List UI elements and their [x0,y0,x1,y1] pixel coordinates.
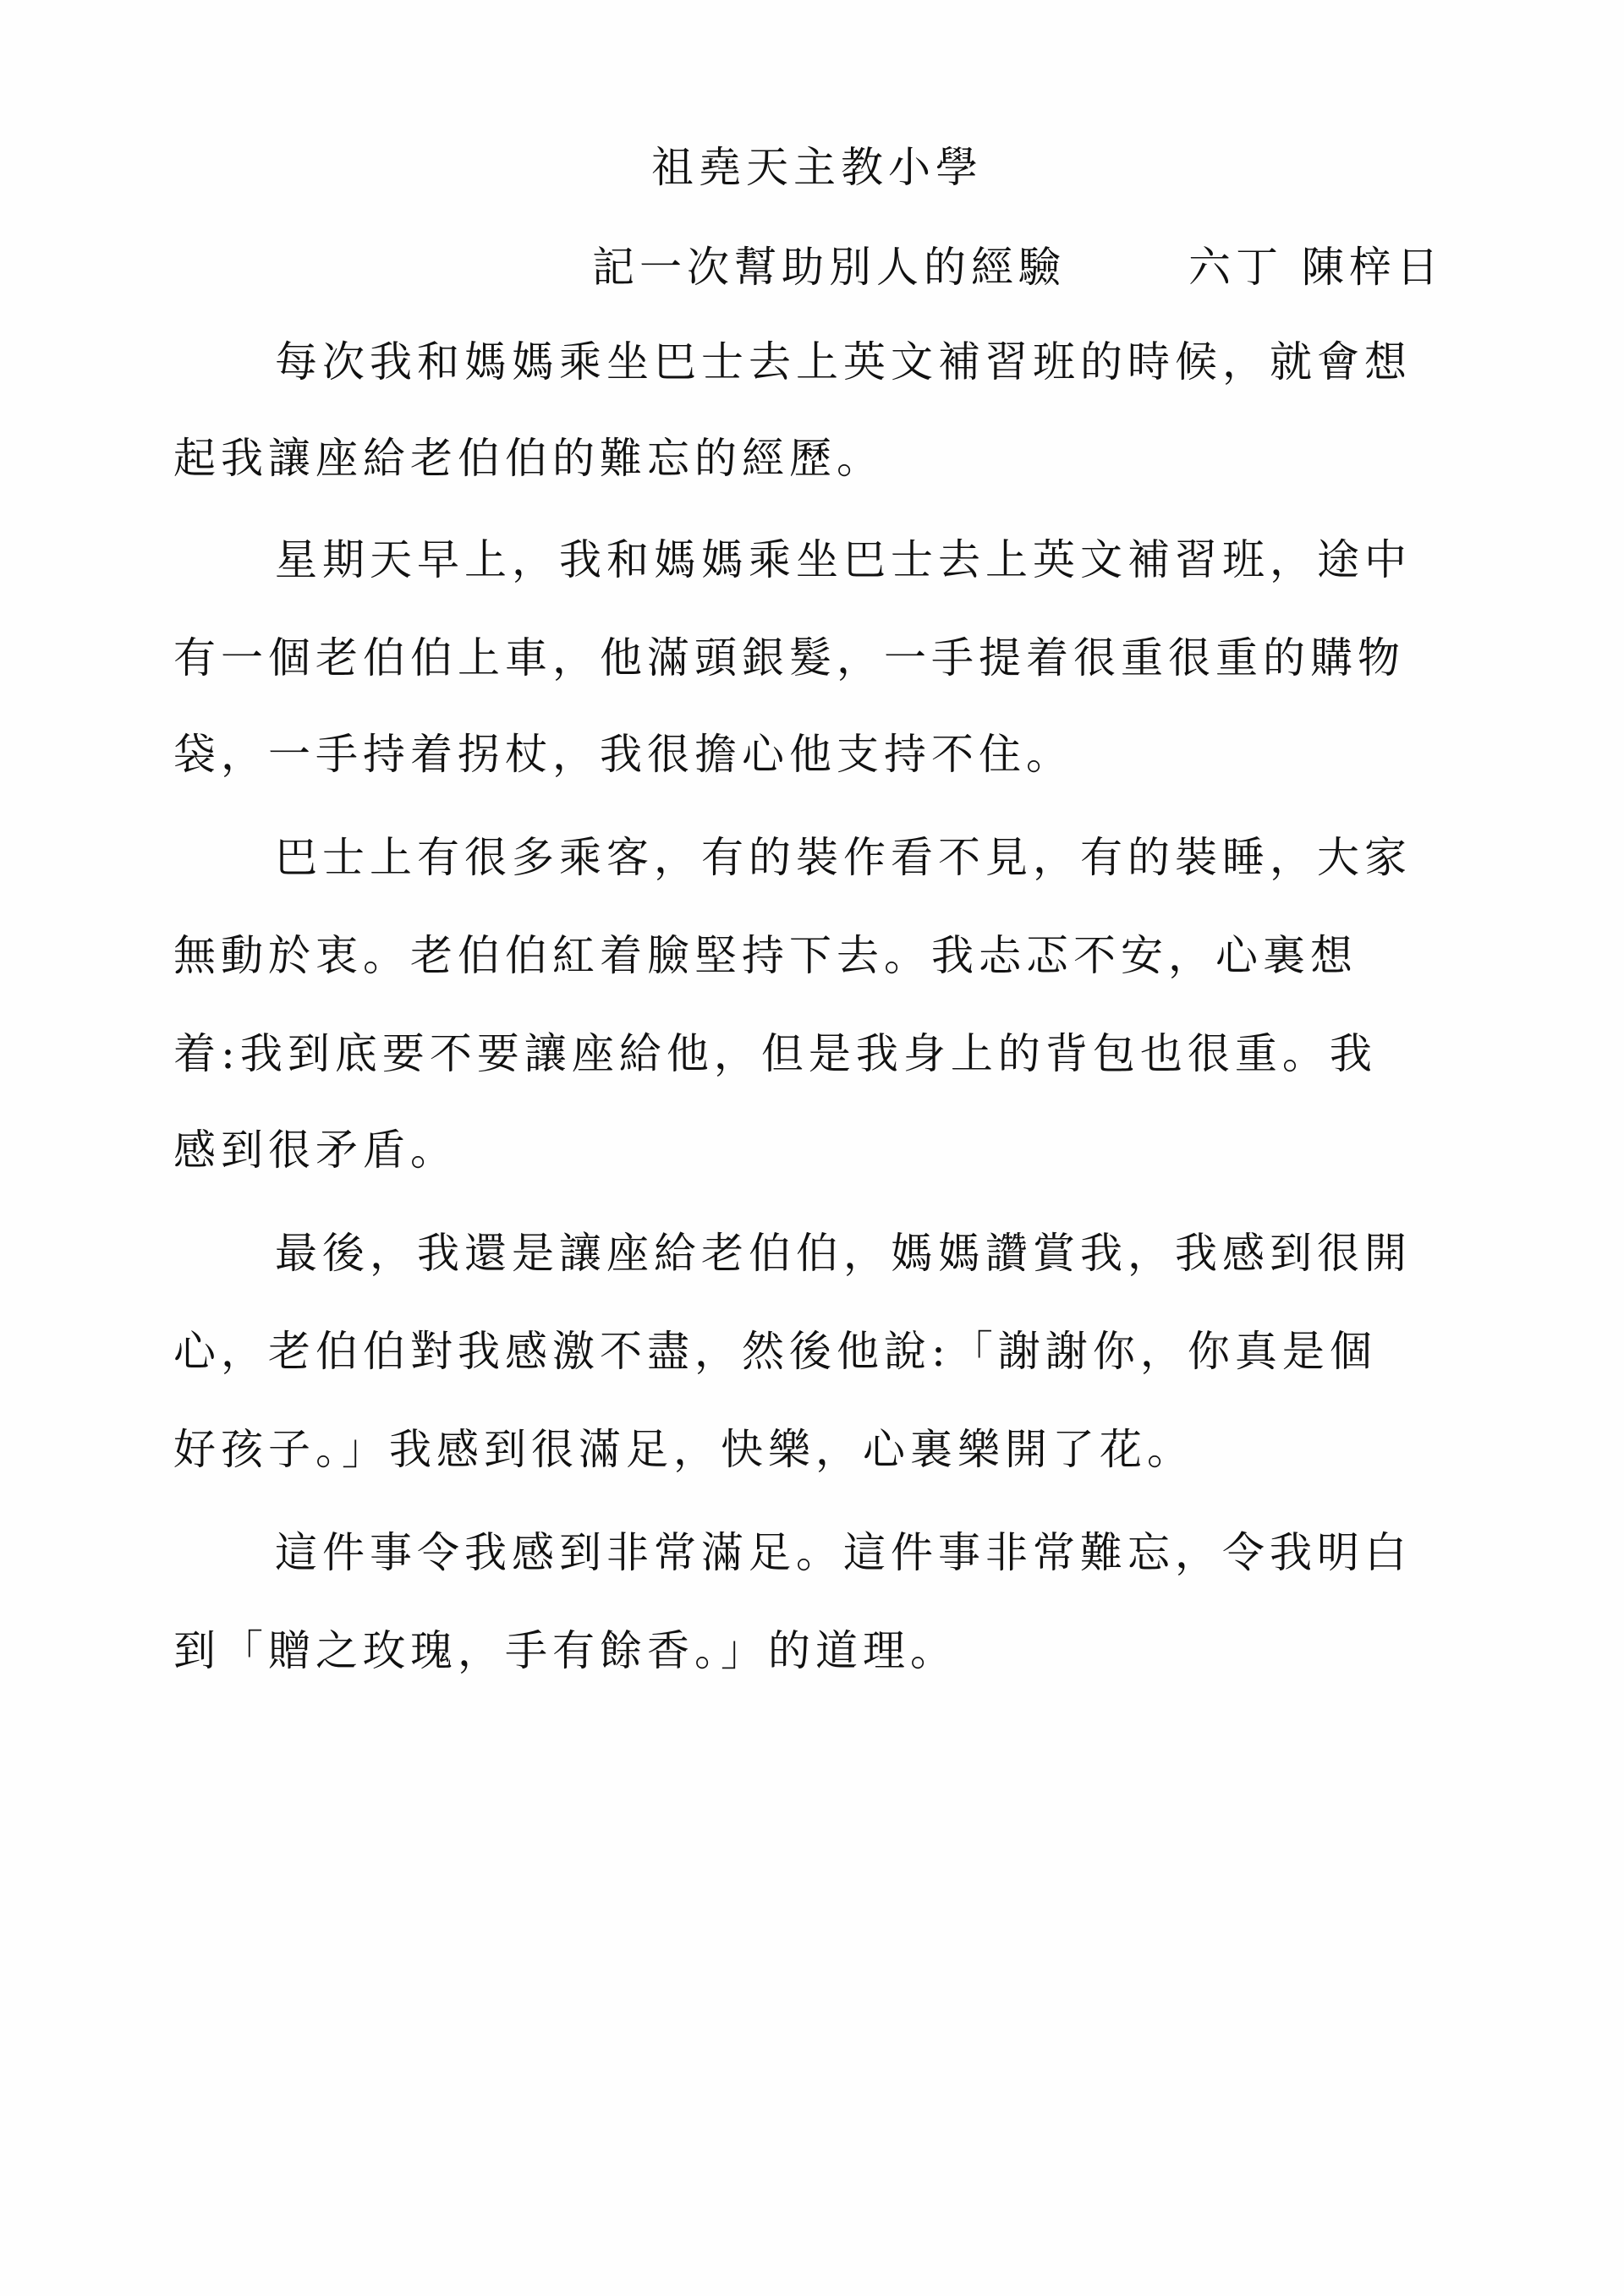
paragraph-2-line-1: 星期天早上，我和媽媽乘坐巴士去上英文補習班，途中 [275,534,1412,585]
paragraph-1-line-1: 每次我和媽媽乘坐巴士去上英文補習班的時候，就會想 [275,337,1412,387]
paragraph-4-line-2: 心，老伯伯對我感激不盡，然後他說:「謝謝你，你真是個 [173,1326,1377,1377]
paragraph-4-line-1: 最後，我還是讓座給老伯伯，媽媽讚賞我，我感到很開 [275,1228,1412,1279]
paragraph-1-line-2: 起我讓座給老伯伯的難忘的經歷。 [173,433,884,484]
document-page: 祖堯天主教小學 記一次幫助別人的經驗 六丁 陳梓日 每次我和媽媽乘坐巴士去上英文… [0,0,1624,2296]
paragraph-3-line-2: 無動於衷。老伯伯紅着臉堅持下去。我忐忑不安，心裏想 [173,930,1358,981]
paragraph-3-line-1: 巴士上有很多乘客，有的裝作看不見，有的裝睡，大家 [275,832,1412,883]
school-name: 祖堯天主教小學 [651,142,983,193]
paragraph-3-line-4: 感到很矛盾。 [173,1125,458,1175]
essay-title: 記一次幫助別人的經驗 [592,242,1066,293]
paragraph-5-line-2: 到「贈之玫瑰，手有餘香。」的道理。 [173,1625,957,1676]
paragraph-2-line-3: 袋，一手持着拐杖，我很擔心他支持不住。 [173,729,1073,780]
paragraph-4-line-3: 好孩子。」我感到很滿足，快樂，心裏樂開了花。 [173,1424,1194,1475]
paragraph-2-line-2: 有一個老伯伯上車，他滿頭銀髮，一手提着很重很重的購物 [173,633,1405,683]
paragraph-5-line-1: 這件事令我感到非常滿足。這件事非常難忘，令我明白 [275,1527,1412,1578]
author-name: 六丁 陳梓日 [1188,242,1444,293]
paragraph-3-line-3: 着:我到底要不要讓座給他，但是我身上的背包也很重。我 [173,1028,1377,1079]
